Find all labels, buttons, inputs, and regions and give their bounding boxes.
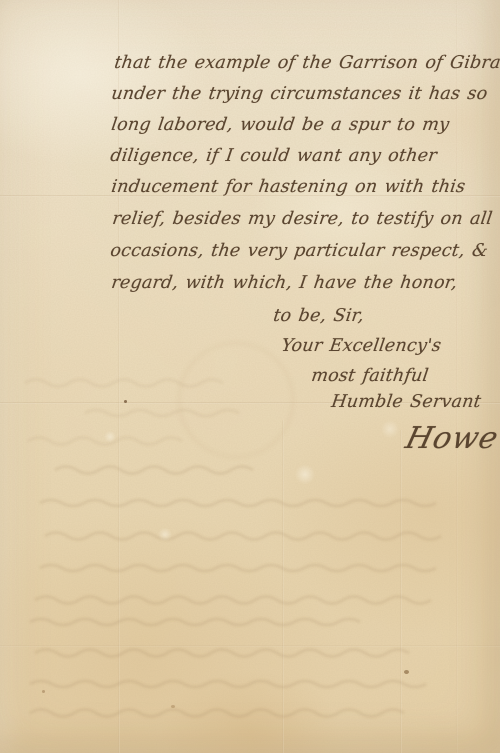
signature-howe: Howe — [402, 422, 500, 456]
letter-body: that the example of the Garrison of Gibr… — [0, 0, 500, 753]
closing-line-4: Humble Servant — [330, 392, 482, 412]
closing-line-2: Your Excellency's — [280, 336, 443, 356]
letter-line-8: regard, with which, I have the honor, — [110, 273, 459, 293]
letter-line-1: that the example of the Garrison of Gibr… — [113, 53, 500, 73]
closing-line-3: most faithful — [310, 366, 430, 386]
letter-line-5: inducement for hastening on with this — [110, 177, 467, 197]
letter-line-4: diligence, if I could want any other — [109, 146, 438, 166]
manuscript-page: that the example of the Garrison of Gibr… — [0, 0, 500, 753]
letter-line-2: under the trying circumstances it has so — [110, 84, 489, 104]
letter-line-6: relief, besides my desire, to testify on… — [111, 209, 494, 229]
letter-line-3: long labored, would be a spur to my — [110, 115, 451, 135]
letter-line-7: occasions, the very particular respect, … — [109, 241, 489, 261]
closing-line-1: to be, Sir, — [272, 306, 365, 326]
